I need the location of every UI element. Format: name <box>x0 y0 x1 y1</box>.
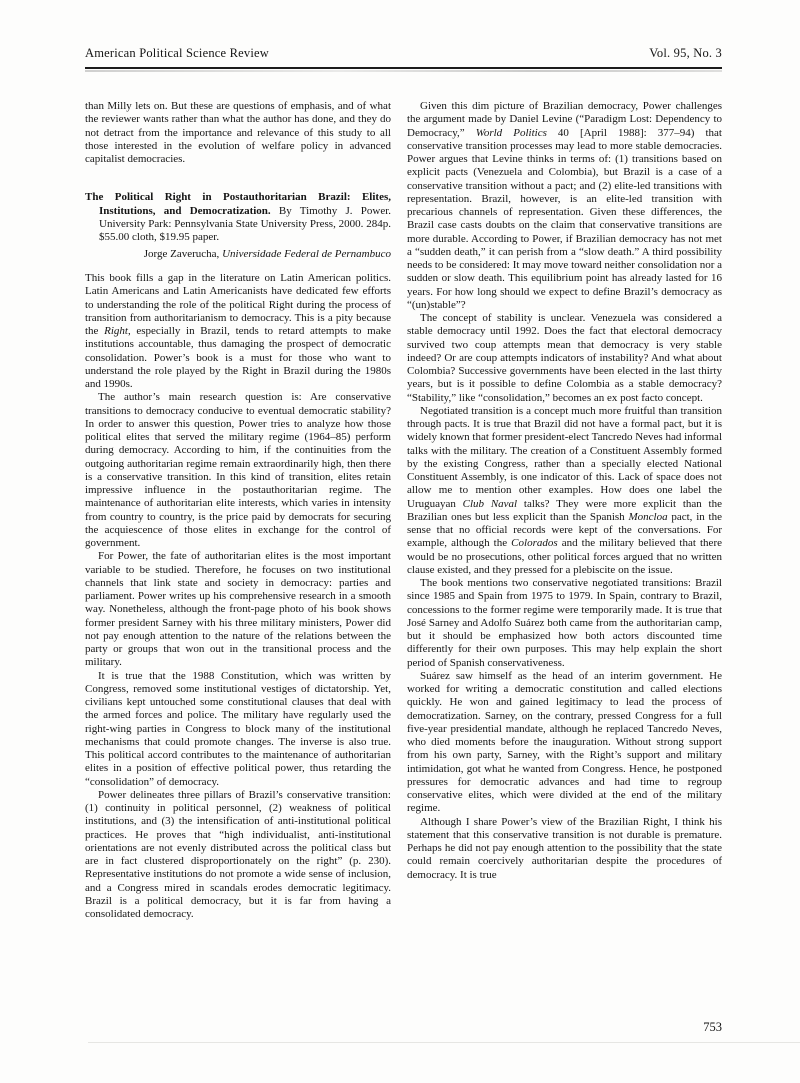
header-rule-smudge <box>85 70 722 72</box>
paragraph: Negotiated transition is a concept much … <box>407 405 722 577</box>
scan-edge-artifact <box>88 1042 800 1043</box>
left-column: than Milly lets on. But these are questi… <box>85 100 391 921</box>
running-header: American Political Science Review Vol. 9… <box>85 46 722 69</box>
volume-issue: Vol. 95, No. 3 <box>649 46 722 61</box>
paragraph: It is true that the 1988 Constitution, w… <box>85 670 391 789</box>
review-body-left: This book fills a gap in the literature … <box>85 272 391 921</box>
paragraph: This book fills a gap in the literature … <box>85 272 391 391</box>
paragraph: Suárez saw himself as the head of an int… <box>407 670 722 816</box>
reviewer-name: Jorge Zaverucha, <box>144 248 222 260</box>
reviewer-line: Jorge Zaverucha, Universidade Federal de… <box>85 248 391 261</box>
paragraph: than Milly lets on. But these are questi… <box>85 100 391 166</box>
page-number: 753 <box>703 1020 722 1035</box>
two-column-body: than Milly lets on. But these are questi… <box>85 100 722 921</box>
paragraph: The author’s main research question is: … <box>85 391 391 550</box>
paragraph: Although I share Power’s view of the Bra… <box>407 816 722 882</box>
paragraph: Given this dim picture of Brazilian demo… <box>407 100 722 312</box>
paragraph: The concept of stability is unclear. Ven… <box>407 312 722 405</box>
paragraph: The book mentions two conservative negot… <box>407 577 722 670</box>
reviewer-affiliation: Universidade Federal de Pernambuco <box>222 248 391 260</box>
right-column: Given this dim picture of Brazilian demo… <box>407 100 722 921</box>
journal-title: American Political Science Review <box>85 46 269 61</box>
book-citation: The Political Right in Postauthoritarian… <box>85 191 391 244</box>
paragraph: Power delineates three pillars of Brazil… <box>85 789 391 922</box>
page-content: American Political Science Review Vol. 9… <box>85 46 722 921</box>
previous-review-ending: than Milly lets on. But these are questi… <box>85 100 391 166</box>
journal-page: American Political Science Review Vol. 9… <box>0 0 800 1083</box>
paragraph: For Power, the fate of authoritarian eli… <box>85 550 391 669</box>
